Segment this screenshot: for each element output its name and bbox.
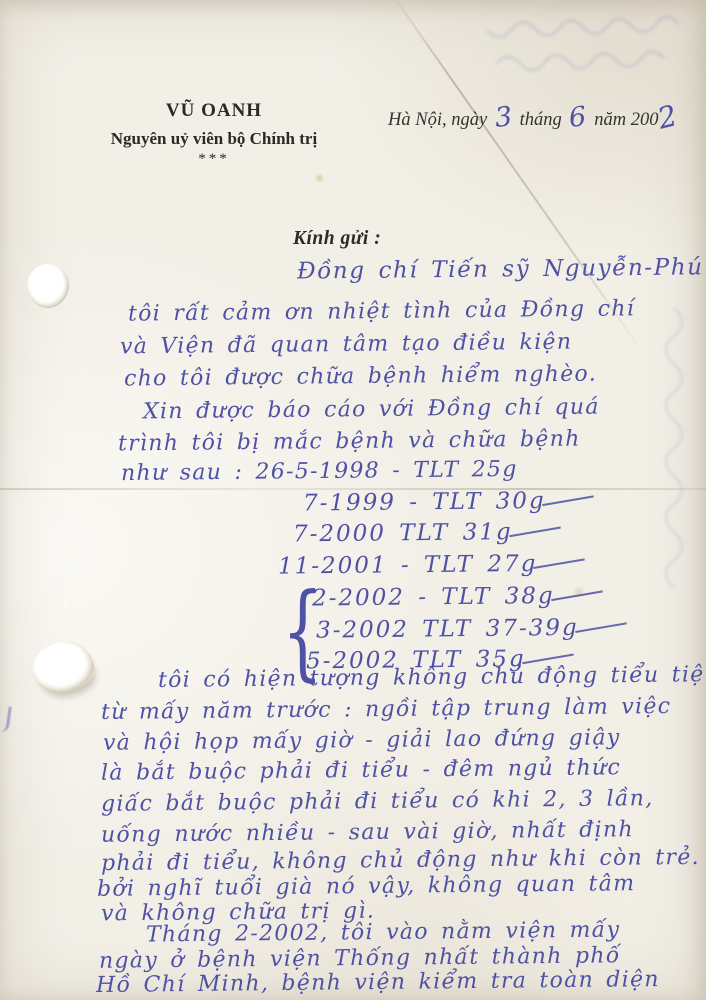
paper-stain [314, 173, 325, 183]
treatment-entry: 11-2001 - TLT 27g [278, 550, 586, 579]
hole-punch-top [27, 264, 69, 308]
dateline-day-handwritten: 3 [493, 101, 513, 134]
dateline-prefix: Hà Nội, ngày [388, 110, 487, 130]
handwritten-line: tôi rất cảm ơn nhiệt tình của Đồng chí [128, 296, 635, 326]
recipient-line: Đồng chí Tiến sỹ Nguyễn-Phú Kiều, [297, 253, 706, 284]
dateline-nam: năm 200 [594, 110, 658, 130]
handwritten-line: uống nước nhiều - sau vài giờ, nhất định [101, 817, 634, 848]
scanned-letter-page: VŨ OANH Nguyên uỷ viên bộ Chính trị *** … [0, 0, 706, 1000]
hole-punch-bottom-torn [29, 638, 97, 695]
dateline-thang: tháng [520, 110, 562, 130]
handwritten-line: là bắt buộc phải đi tiểu - đêm ngủ thức [101, 755, 621, 785]
letterhead-separator: *** [88, 151, 340, 168]
handwritten-line: Xin được báo cáo với Đồng chí quá [143, 395, 600, 425]
sender-title: Nguyên uỷ viên bộ Chính trị [88, 129, 340, 149]
treatment-entry: 3-2002 TLT 37-39g [316, 614, 627, 643]
treatment-entry: 7-2000 TLT 31g [293, 519, 561, 548]
dateline-month-handwritten: 6 [568, 101, 588, 134]
handwritten-line: trình tôi bị mắc bệnh và chữa bệnh [118, 427, 581, 457]
ink-edge-mark [0, 705, 12, 733]
dateline: Hà Nội, ngày 3 tháng 6 năm 200 2 [388, 98, 680, 132]
bleedthrough-handwriting [648, 300, 700, 600]
treatment-entry: 2-2002 - TLT 38g [312, 582, 603, 611]
handwritten-line: từ mấy năm trước : ngồi tập trung làm vi… [101, 694, 672, 725]
letterhead: VŨ OANH Nguyên uỷ viên bộ Chính trị *** [88, 100, 340, 168]
salutation-label: Kính gửi : [293, 228, 381, 250]
handwritten-line: và hội họp mấy giờ - giải lao đứng giậy [103, 725, 621, 755]
handwritten-line: giấc bắt buộc phải đi tiểu có khi 2, 3 l… [101, 786, 654, 817]
handwritten-line: Hồ Chí Minh, bệnh viện kiểm tra toàn diệ… [96, 967, 660, 998]
handwritten-line: bởi nghĩ tuổi già nó vậy, không quan tâm [97, 871, 636, 902]
handwritten-line: Tháng 2-2002, tôi vào nằm viện mấy [146, 918, 621, 948]
handwritten-line: như sau : 26-5-1998 - TLT 25g [121, 457, 518, 486]
bleedthrough-handwriting [431, 2, 690, 101]
handwritten-line: cho tôi được chữa bệnh hiểm nghèo. [124, 362, 597, 392]
treatment-entry: 7-1999 - TLT 30g [303, 487, 594, 516]
handwritten-line: tôi có hiện tượng không chủ động tiểu ti… [158, 662, 706, 693]
sender-name: VŨ OANH [88, 100, 340, 122]
dateline-year-digit-handwritten: 2 [654, 98, 680, 135]
handwritten-line: và Viện đã quan tâm tạo điều kiện [120, 330, 573, 360]
